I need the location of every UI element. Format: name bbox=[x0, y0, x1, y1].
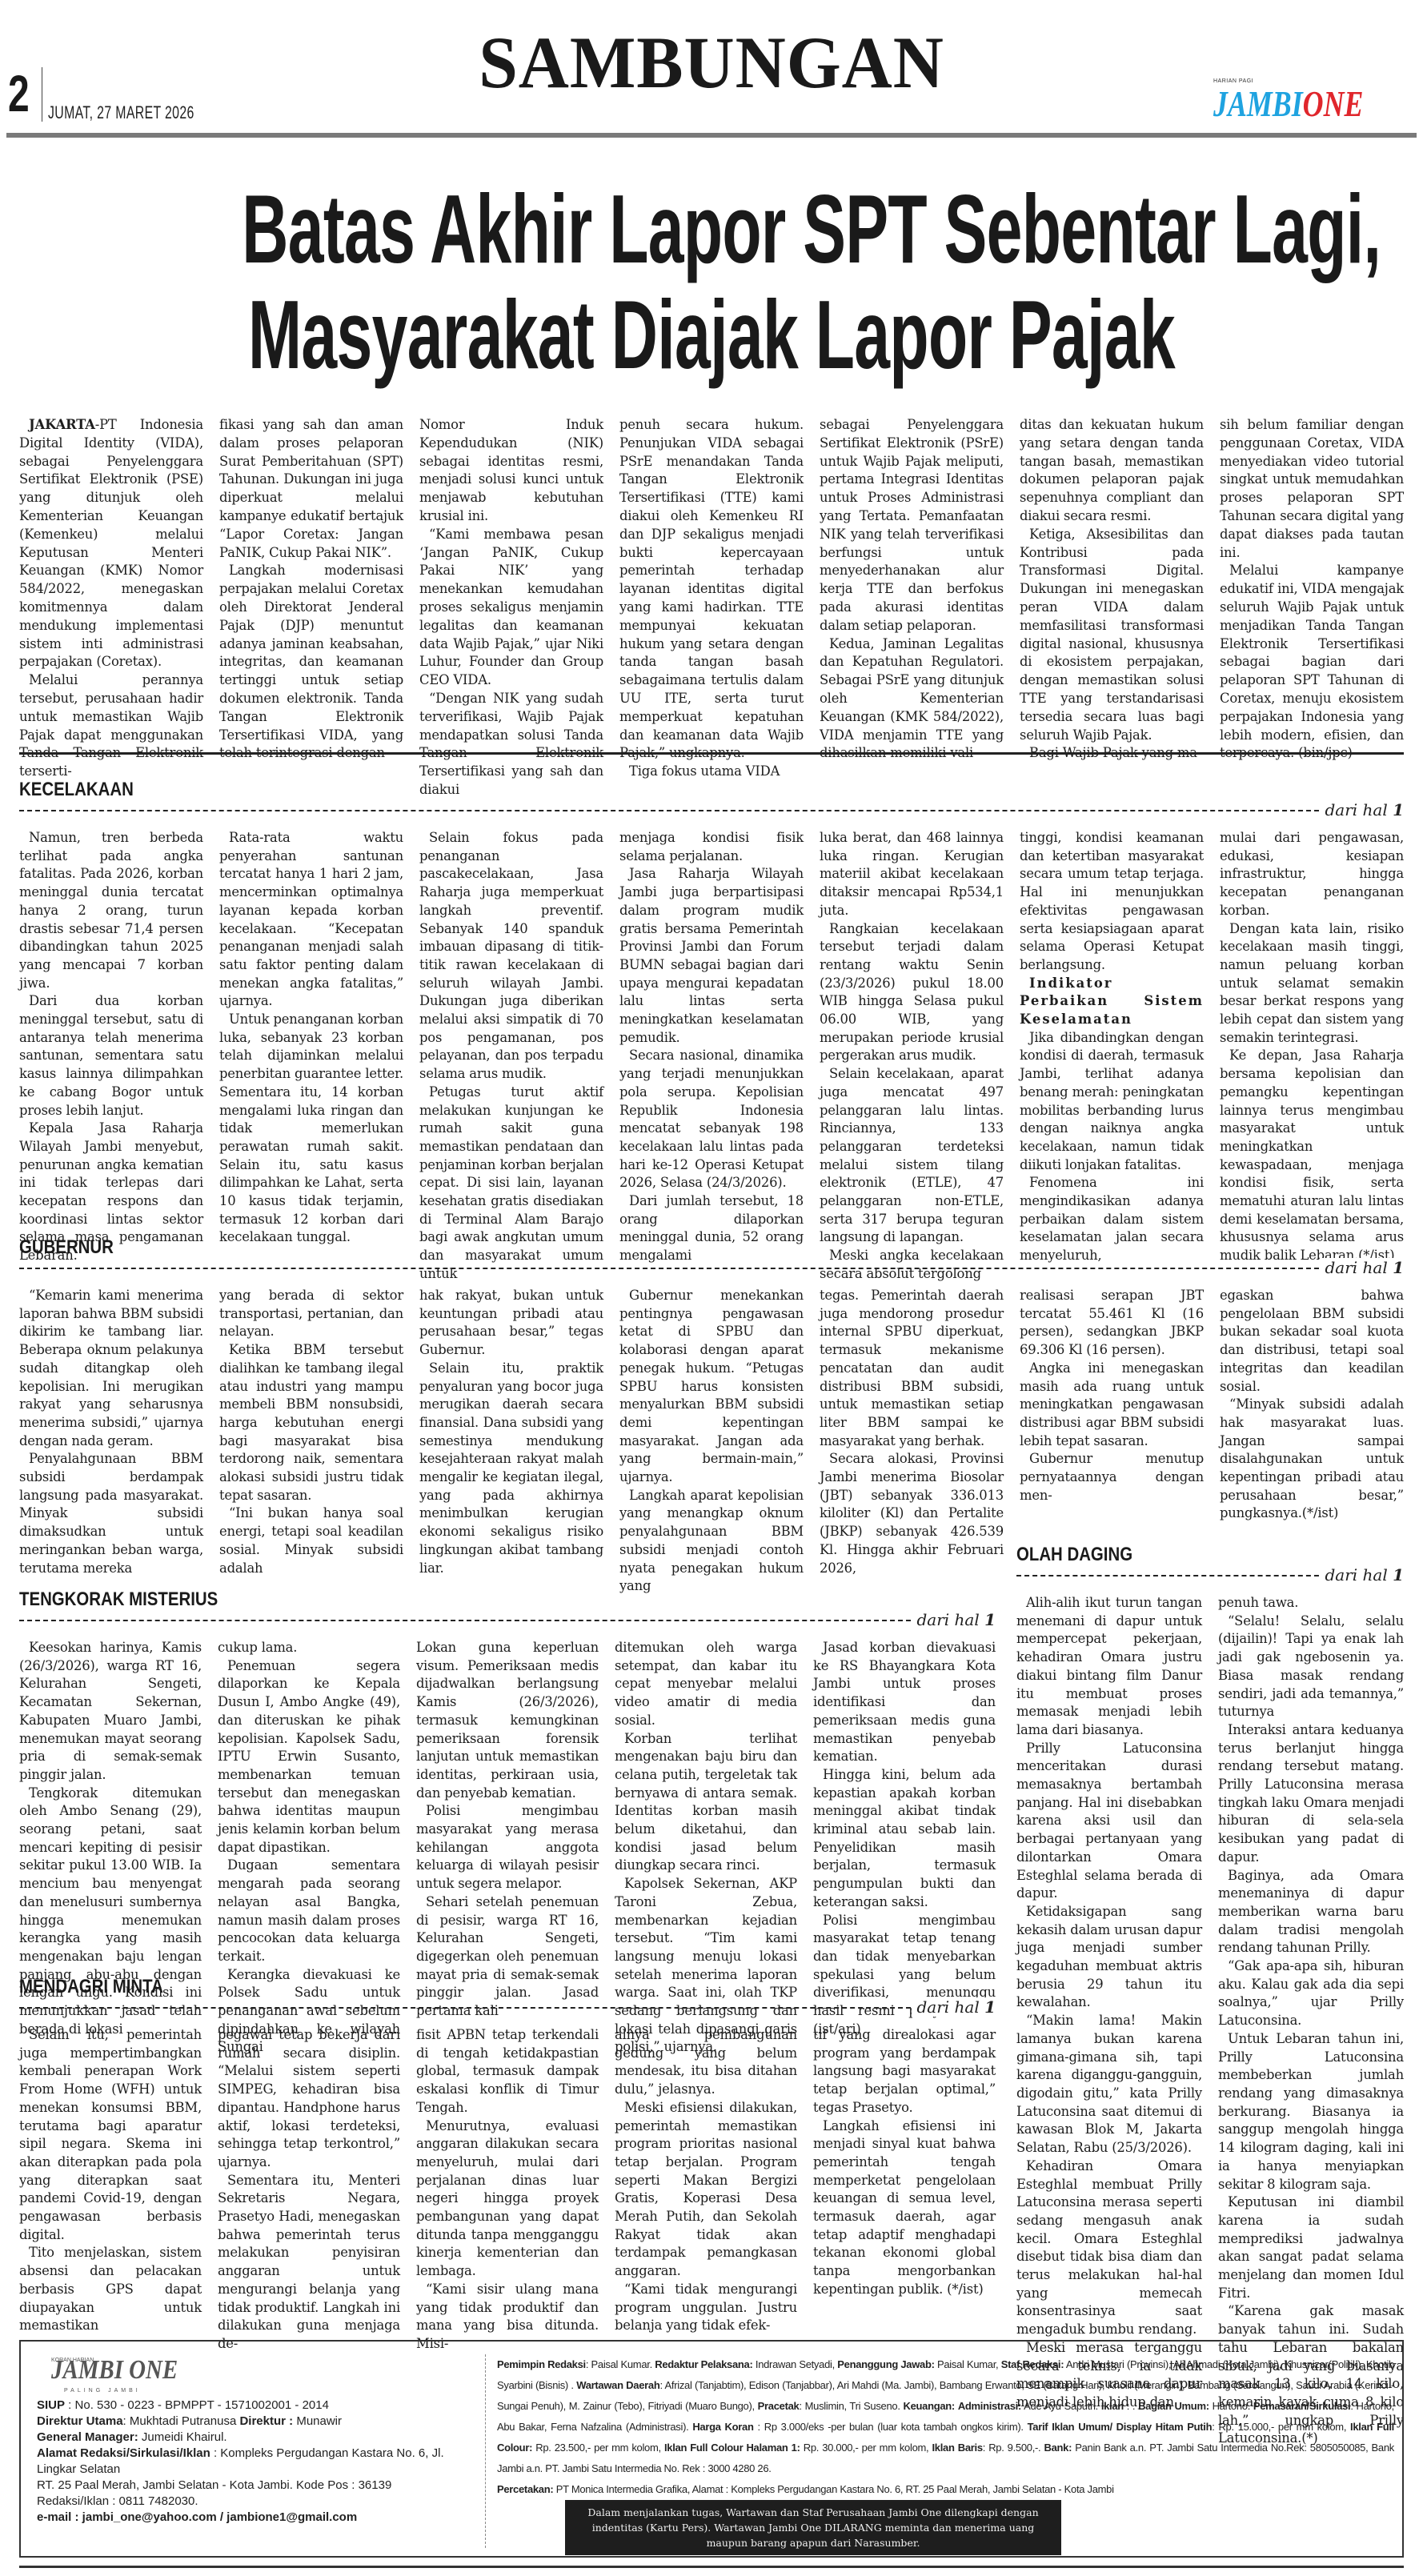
continuation-ref: dari hal 1 bbox=[1320, 800, 1404, 819]
headline-line-1: Batas Akhir Lapor SPT Sebentar Lagi, bbox=[242, 176, 1180, 282]
page-bottom-rule bbox=[19, 2566, 1404, 2568]
text-column: yang berada di sektor transportasi, pert… bbox=[219, 1287, 403, 1596]
paragraph: “Kami tidak mengurangi program unggulan.… bbox=[615, 2281, 797, 2335]
article-header: KECELAKAAN dari hal 1 bbox=[19, 778, 1404, 829]
article-kicker: TENGKORAK MISTERIUS bbox=[19, 1588, 218, 1612]
ref-page: 1 bbox=[1393, 1258, 1404, 1277]
text-column: hak rakyat, bukan untuk keuntungan priba… bbox=[419, 1287, 603, 1596]
issue-date: JUMAT, 27 MARET 2026 bbox=[48, 102, 194, 123]
text-column: JAKARTA-PT Indonesia Digital Identity (V… bbox=[19, 416, 203, 799]
paragraph: Selain fokus pada penanganan pascakecela… bbox=[419, 829, 603, 1084]
text-column: sih belum familiar dengan penggunaan Cor… bbox=[1220, 416, 1404, 799]
text-column: Alih-alih ikut turun tangan menemani di … bbox=[1016, 1594, 1202, 2448]
paragraph: Tito menjelaskan, sistem absensi dan pel… bbox=[19, 2244, 202, 2335]
ref-prefix: dari hal bbox=[1325, 800, 1387, 819]
ref-prefix: dari hal bbox=[1325, 1258, 1387, 1277]
masthead: 2 JUMAT, 27 MARET 2026 SAMBUNGAN HARIAN … bbox=[0, 0, 1423, 140]
footer-logo-tagline: PALING JAMBI bbox=[64, 2383, 141, 2399]
paragraph: “Selalu! Selalu, selalu (dijailin)! Tapi… bbox=[1218, 1613, 1404, 1721]
paragraph: Angka ini menegaskan masih ada ruang unt… bbox=[1020, 1360, 1204, 1451]
article-columns: Selain itu, pemerintah juga mempertimban… bbox=[19, 2026, 996, 2354]
dashed-rule bbox=[19, 2007, 919, 2009]
paragraph: Melalui perannya tersebut, perusahaan ha… bbox=[19, 671, 203, 781]
paragraph: penuh secara hukum. Penunjukan VIDA seba… bbox=[619, 416, 804, 763]
paragraph: Baginya, ada Omara menemaninya di dapur … bbox=[1218, 1867, 1404, 1958]
staff-text: Pemimpin Redaksi: Paisal Kumar. Redaktur… bbox=[497, 2354, 1394, 2479]
ref-page: 1 bbox=[984, 1610, 996, 1629]
text-column: tinggi, kondisi keamanan dan ketertiban … bbox=[1020, 829, 1204, 1284]
main-story-bottom-rule bbox=[19, 752, 1404, 755]
continuation-ref: dari hal 1 bbox=[912, 1997, 996, 2017]
masthead-rule bbox=[6, 133, 1417, 138]
paragraph: Selain itu, praktik penyaluran yang boco… bbox=[419, 1360, 603, 1577]
dashed-rule bbox=[19, 810, 1327, 811]
paragraph: Untuk penanganan korban luka, sebanyak 2… bbox=[219, 1011, 403, 1247]
paragraph: Penemuan segera dilaporkan ke Kepala Dus… bbox=[218, 1657, 400, 1857]
main-story: JAKARTA-PT Indonesia Digital Identity (V… bbox=[19, 416, 1404, 799]
paragraph: Secara alokasi, Provinsi Jambi menerima … bbox=[820, 1450, 1004, 1577]
paragraph: yang berada di sektor transportasi, pert… bbox=[219, 1287, 403, 1341]
article-mendagri-minta: MENDAGRI MINTA dari hal 1 Selain itu, pe… bbox=[19, 1975, 996, 2354]
impressum-publisher: KORAN HARIAN JAMBI ONE PALING JAMBI SIUP… bbox=[21, 2342, 469, 2556]
paragraph: Jasad korban dievakuasi ke RS Bhayangkar… bbox=[813, 1639, 996, 1766]
publisher-line: General Manager: Jumeidi Khairul. bbox=[37, 2430, 453, 2446]
text-column: menjaga kondisi fisik selama perjalanan.… bbox=[619, 829, 804, 1284]
article-olah-daging: OLAH DAGING dari hal 1 Alih-alih ikut tu… bbox=[1016, 1543, 1404, 2448]
paragraph: “Ini bukan hanya soal energi, tetapi soa… bbox=[219, 1504, 403, 1577]
paragraph: JAKARTA-PT Indonesia Digital Identity (V… bbox=[19, 416, 203, 671]
paragraph: fikasi yang sah dan aman dalam proses pe… bbox=[219, 416, 403, 562]
text-column: “Kemarin kami menerima laporan bahwa BBM… bbox=[19, 1287, 203, 1596]
paragraph: Hingga kini, belum ada kepastian apakah … bbox=[813, 1766, 996, 1912]
article-header: TENGKORAK MISTERIUS dari hal 1 bbox=[19, 1588, 996, 1639]
paragraph: realisasi serapan JBT tercatat 55.461 Kl… bbox=[1020, 1287, 1204, 1360]
paragraph: penuh tawa. bbox=[1218, 1594, 1404, 1613]
paragraph: Langkah aparat kepolisian yang menangkap… bbox=[619, 1487, 804, 1596]
text-column: tif yang direalokasi agar program yang b… bbox=[813, 2026, 996, 2354]
text-column: Selain fokus pada penanganan pascakecela… bbox=[419, 829, 603, 1284]
paragraph: egaskan bahwa pengelolaan BBM subsidi bu… bbox=[1220, 1287, 1404, 1396]
paragraph: Ketika BBM tersebut dialihkan ke tambang… bbox=[219, 1341, 403, 1504]
paragraph: Dugaan sementara mengarah pada seorang n… bbox=[218, 1857, 400, 1965]
article-gubernur: GUBERNUR dari hal 1 “Kemarin kami meneri… bbox=[19, 1236, 1404, 1596]
logo-one: ONE bbox=[1303, 83, 1364, 124]
paragraph: Lokan guna keperluan visum. Pemeriksaan … bbox=[416, 1639, 599, 1802]
paragraph: Selain kecelakaan, aparat juga mencatat … bbox=[820, 1065, 1004, 1247]
footer-logo: KORAN HARIAN JAMBI ONE PALING JAMBI bbox=[37, 2353, 453, 2393]
dashed-rule bbox=[19, 1268, 1327, 1269]
dateline: JAKARTA bbox=[29, 417, 95, 432]
paragraph: ditemukan oleh warga setempat, dan kabar… bbox=[615, 1639, 797, 1730]
publisher-line: e-mail : jambi_one@yahoo.com / jambione1… bbox=[37, 2510, 453, 2526]
text-column: Namun, tren berbeda terlihat pada angka … bbox=[19, 829, 203, 1284]
text-column: Gubernur menekankan pentingnya pengawasa… bbox=[619, 1287, 804, 1596]
impressum: KORAN HARIAN JAMBI ONE PALING JAMBI SIUP… bbox=[19, 2340, 1404, 2558]
paragraph: Rata-rata waktu penyerahan santunan terc… bbox=[219, 829, 403, 1011]
paragraph: Kehadiran Omara Esteghlal membuat Prilly… bbox=[1016, 2157, 1202, 2339]
continuation-ref: dari hal 1 bbox=[1320, 1565, 1404, 1584]
article-kicker: KECELAKAAN bbox=[19, 778, 134, 802]
paragraph: Penyalahgunaan BBM subsidi berdampak lan… bbox=[19, 1450, 203, 1577]
publisher-lines: SIUP : No. 530 - 0223 - BPMPPT - 1571002… bbox=[37, 2398, 453, 2526]
main-headline: Batas Akhir Lapor SPT Sebentar Lagi, Mas… bbox=[0, 176, 1423, 387]
article-columns: Alih-alih ikut turun tangan menemani di … bbox=[1016, 1594, 1404, 2448]
text-column: alnya pembangunan gedung yang belum mend… bbox=[615, 2026, 797, 2354]
section-title: SAMBUNGAN bbox=[35, 22, 1387, 102]
press-notice: Dalam menjalankan tugas, Wartawan dan St… bbox=[565, 2500, 1061, 2555]
paragraph: cukup lama. bbox=[218, 1639, 400, 1657]
text-column: Selain itu, pemerintah juga mempertimban… bbox=[19, 2026, 202, 2354]
paragraph: Langkah efisiensi ini menjadi sinyal kua… bbox=[813, 2117, 996, 2299]
paragraph: Interaksi antara keduanya terus berlanju… bbox=[1218, 1721, 1404, 1867]
text-column: pegawai tetap bekerja dari rumah secara … bbox=[218, 2026, 400, 2354]
paragraph: Kedua, Jaminan Legalitas dan Kepatuhan R… bbox=[820, 635, 1004, 763]
ref-page: 1 bbox=[1393, 800, 1404, 819]
paragraph: Jika dibandingkan dengan kondisi di daer… bbox=[1020, 1029, 1204, 1175]
paragraph: tif yang direalokasi agar program yang b… bbox=[813, 2026, 996, 2117]
paragraph: hak rakyat, bukan untuk keuntungan priba… bbox=[419, 1287, 603, 1360]
paragraph: Rangkaian kecelakaan tersebut terjadi da… bbox=[820, 920, 1004, 1066]
paragraph: “Minyak subsidi adalah hak masyarakat lu… bbox=[1220, 1396, 1404, 1523]
article-kecelakaan: KECELAKAAN dari hal 1 Namun, tren berbed… bbox=[19, 778, 1404, 1284]
paragraph: Gubernur menekankan pentingnya pengawasa… bbox=[619, 1287, 804, 1487]
paragraph: Sementara itu, Menteri Sekretaris Negara… bbox=[218, 2172, 400, 2354]
article-header: OLAH DAGING dari hal 1 bbox=[1016, 1543, 1404, 1594]
paragraph: Ketidaksigapan sang kekasih dalam urusan… bbox=[1016, 1903, 1202, 2012]
paragraph: Korban terlihat mengenakan baju biru dan… bbox=[615, 1730, 797, 1876]
publisher-line: Direktur Utama: Mukhtadi Putranusa Direk… bbox=[37, 2414, 453, 2430]
publisher-line: Alamat Redaksi/Sirkulasi/Iklan : Komplek… bbox=[37, 2446, 453, 2478]
paragraph: fisit APBN tetap terkendali di tengah ke… bbox=[416, 2026, 599, 2117]
paragraph: Alih-alih ikut turun tangan menemani di … bbox=[1016, 1594, 1202, 1740]
continuation-ref: dari hal 1 bbox=[1320, 1258, 1404, 1277]
continuation-ref: dari hal 1 bbox=[912, 1610, 996, 1629]
paragraph: sebagai Penyelenggara Sertifikat Elektro… bbox=[820, 416, 1004, 635]
paragraph: Menurutnya, evaluasi anggaran dilakukan … bbox=[416, 2117, 599, 2281]
text-column: penuh secara hukum. Penunjukan VIDA seba… bbox=[619, 416, 804, 799]
paragraph: Polisi mengimbau masyarakat yang merasa … bbox=[416, 1802, 599, 1893]
paragraph: pegawai tetap bekerja dari rumah secara … bbox=[218, 2026, 400, 2172]
article-header: GUBERNUR dari hal 1 bbox=[19, 1236, 1404, 1287]
paragraph: Prilly Latuconsina menceritakan durasi m… bbox=[1016, 1740, 1202, 1903]
article-kicker: OLAH DAGING bbox=[1016, 1543, 1132, 1567]
paragraph: Keesokan harinya, Kamis (26/3/2026), war… bbox=[19, 1639, 202, 1785]
printer-text: Percetakan: PT Monica Intermedia Grafika… bbox=[497, 2479, 1394, 2500]
article-header: MENDAGRI MINTA dari hal 1 bbox=[19, 1975, 996, 2026]
publisher-line: SIUP : No. 530 - 0223 - BPMPPT - 1571002… bbox=[37, 2398, 453, 2414]
paragraph: Gubernur menutup pernyataannya dengan me… bbox=[1020, 1450, 1204, 1504]
paragraph: alnya pembangunan gedung yang belum mend… bbox=[615, 2026, 797, 2099]
paragraph: “Kami membawa pesan ‘Jangan PaNIK, Cukup… bbox=[419, 526, 603, 690]
paragraph: Langkah modernisasi perpajakan melalui C… bbox=[219, 562, 403, 763]
paragraph: sih belum familiar dengan penggunaan Cor… bbox=[1220, 416, 1404, 562]
footer-logo-wordmark: JAMBI ONE bbox=[51, 2354, 178, 2386]
paragraph: Dari dua korban meninggal tersebut, satu… bbox=[19, 992, 203, 1120]
paragraph: luka berat, dan 468 lainnya luka ringan.… bbox=[820, 829, 1004, 920]
newspaper-logo: HARIAN PAGI JAMBIONE bbox=[1213, 78, 1421, 134]
dashed-rule bbox=[19, 1620, 919, 1621]
subheading: Indikator Perbaikan Sistem Keselamatan bbox=[1020, 975, 1204, 1029]
dashed-rule bbox=[1016, 1575, 1327, 1576]
paragraph: menjaga kondisi fisik selama perjalanan. bbox=[619, 829, 804, 865]
headline-line-2: Masyarakat Diajak Lapor Pajak bbox=[242, 282, 1180, 387]
paragraph: Untuk Lebaran tahun ini, Prilly Latucons… bbox=[1218, 2030, 1404, 2193]
text-column: mulai dari pengawasan, edukasi, kesiapan… bbox=[1220, 829, 1404, 1284]
page-number: 2 bbox=[8, 66, 30, 122]
paragraph: Keputusan ini diambil karena ia sudah me… bbox=[1218, 2193, 1404, 2302]
publisher-line: Redaksi/Iklan : 0811 7482030. bbox=[37, 2494, 453, 2510]
text-column: fisit APBN tetap terkendali di tengah ke… bbox=[416, 2026, 599, 2354]
paragraph: Nomor Induk Kependudukan (NIK) sebagai i… bbox=[419, 416, 603, 526]
article-kicker: GUBERNUR bbox=[19, 1236, 114, 1260]
paragraph: “Kemarin kami menerima laporan bahwa BBM… bbox=[19, 1287, 203, 1450]
paragraph: Selain itu, pemerintah juga mempertimban… bbox=[19, 2026, 202, 2244]
text-column: ditas dan kekuatan hukum yang setara den… bbox=[1020, 416, 1204, 799]
text-column: Nomor Induk Kependudukan (NIK) sebagai i… bbox=[419, 416, 603, 799]
logo-wordmark: JAMBIONE bbox=[1213, 82, 1363, 126]
paragraph: Secara nasional, dinamika yang terjadi m… bbox=[619, 1047, 804, 1192]
text-column: tegas. Pemerintah daerah juga mendorong … bbox=[820, 1287, 1004, 1596]
text-column: penuh tawa.“Selalu! Selalu, selalu (dija… bbox=[1218, 1594, 1404, 2448]
text-column: sebagai Penyelenggara Sertifikat Elektro… bbox=[820, 416, 1004, 799]
paragraph: Ke depan, Jasa Raharja bersama kepolisia… bbox=[1220, 1047, 1404, 1264]
main-story-columns: JAKARTA-PT Indonesia Digital Identity (V… bbox=[19, 416, 1404, 799]
paragraph: “Gak apa-apa sih, hiburan aku. Kalau gak… bbox=[1218, 1957, 1404, 2030]
article-columns: Namun, tren berbeda terlihat pada angka … bbox=[19, 829, 1404, 1284]
text-column: fikasi yang sah dan aman dalam proses pe… bbox=[219, 416, 403, 799]
paragraph: Melalui kampanye edukatif ini, VIDA meng… bbox=[1220, 562, 1404, 763]
article-kicker: MENDAGRI MINTA bbox=[19, 1975, 163, 1999]
paragraph: tegas. Pemerintah daerah juga mendorong … bbox=[820, 1287, 1004, 1450]
paragraph: Namun, tren berbeda terlihat pada angka … bbox=[19, 829, 203, 992]
paragraph: Dengan kata lain, risiko kecelakaan masi… bbox=[1220, 920, 1404, 1048]
ref-prefix: dari hal bbox=[1325, 1565, 1387, 1584]
paragraph: ditas dan kekuatan hukum yang setara den… bbox=[1020, 416, 1204, 526]
text-column: Rata-rata waktu penyerahan santunan terc… bbox=[219, 829, 403, 1284]
paragraph: Jasa Raharja Wilayah Jambi juga berparti… bbox=[619, 865, 804, 1047]
paragraph: Ketiga, Aksesibilitas dan Kontribusi pad… bbox=[1020, 526, 1204, 745]
ref-prefix: dari hal bbox=[916, 1610, 979, 1629]
paragraph: Meski efisiensi dilakukan, pemerintah me… bbox=[615, 2099, 797, 2281]
text-column: luka berat, dan 468 lainnya luka ringan.… bbox=[820, 829, 1004, 1284]
ref-page: 1 bbox=[984, 1997, 996, 2017]
paragraph: “Makin lama! Makin lamanya bukan karena … bbox=[1016, 2012, 1202, 2157]
paragraph: mulai dari pengawasan, edukasi, kesiapan… bbox=[1220, 829, 1404, 920]
ref-page: 1 bbox=[1393, 1565, 1404, 1584]
logo-jambi: JAMBI bbox=[1213, 83, 1303, 124]
paragraph: tinggi, kondisi keamanan dan ketertiban … bbox=[1020, 829, 1204, 975]
publisher-line: RT. 25 Paal Merah, Jambi Selatan - Kota … bbox=[37, 2478, 453, 2494]
ref-prefix: dari hal bbox=[916, 1997, 979, 2017]
